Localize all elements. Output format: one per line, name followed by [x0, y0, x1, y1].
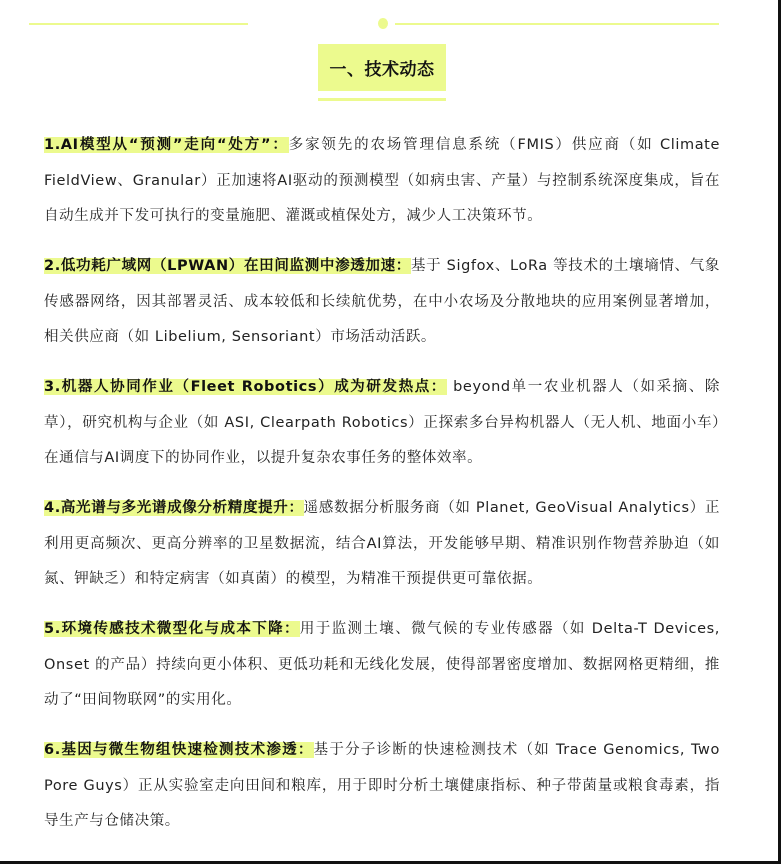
news-item-2: 2.低功耗广域网（LPWAN）在田间监测中渗透加速：基于 Sigfox、LoRa… [44, 249, 720, 356]
news-item-heading: 5.环境传感技术微型化与成本下降： [44, 621, 300, 637]
news-item-heading: 1.AI模型从“预测”走向“处方”： [44, 137, 289, 153]
title-underline [318, 98, 446, 101]
news-item-4: 4.高光谱与多光谱成像分析精度提升：遥感数据分析服务商（如 Planet, Ge… [44, 491, 720, 598]
divider-line-right [395, 23, 719, 25]
news-item-3: 3.机器人协同作业（Fleet Robotics）成为研发热点： beyond单… [44, 370, 720, 477]
news-item-6: 6.基因与微生物组快速检测技术渗透：基于分子诊断的快速检测技术（如 Trace … [44, 733, 720, 840]
document-page: 一、技术动态 1.AI模型从“预测”走向“处方”：多家领先的农场管理信息系统（F… [0, 0, 781, 864]
divider-line-left [29, 23, 248, 25]
section-title-block: 一、技术动态 [318, 44, 446, 101]
news-item-heading: 4.高光谱与多光谱成像分析精度提升： [44, 500, 304, 516]
news-item-5: 5.环境传感技术微型化与成本下降：用于监测土壤、微气候的专业传感器（如 Delt… [44, 612, 720, 719]
news-item-1: 1.AI模型从“预测”走向“处方”：多家领先的农场管理信息系统（FMIS）供应商… [44, 128, 720, 235]
news-item-heading: 2.低功耗广域网（LPWAN）在田间监测中渗透加速： [44, 258, 411, 274]
news-item-heading: 6.基因与微生物组快速检测技术渗透： [44, 742, 314, 758]
section-title: 一、技术动态 [318, 44, 446, 91]
tech-news-list: 1.AI模型从“预测”走向“处方”：多家领先的农场管理信息系统（FMIS）供应商… [44, 128, 720, 854]
divider-dot-icon [378, 18, 388, 29]
news-item-heading: 3.机器人协同作业（Fleet Robotics）成为研发热点： [44, 379, 447, 395]
